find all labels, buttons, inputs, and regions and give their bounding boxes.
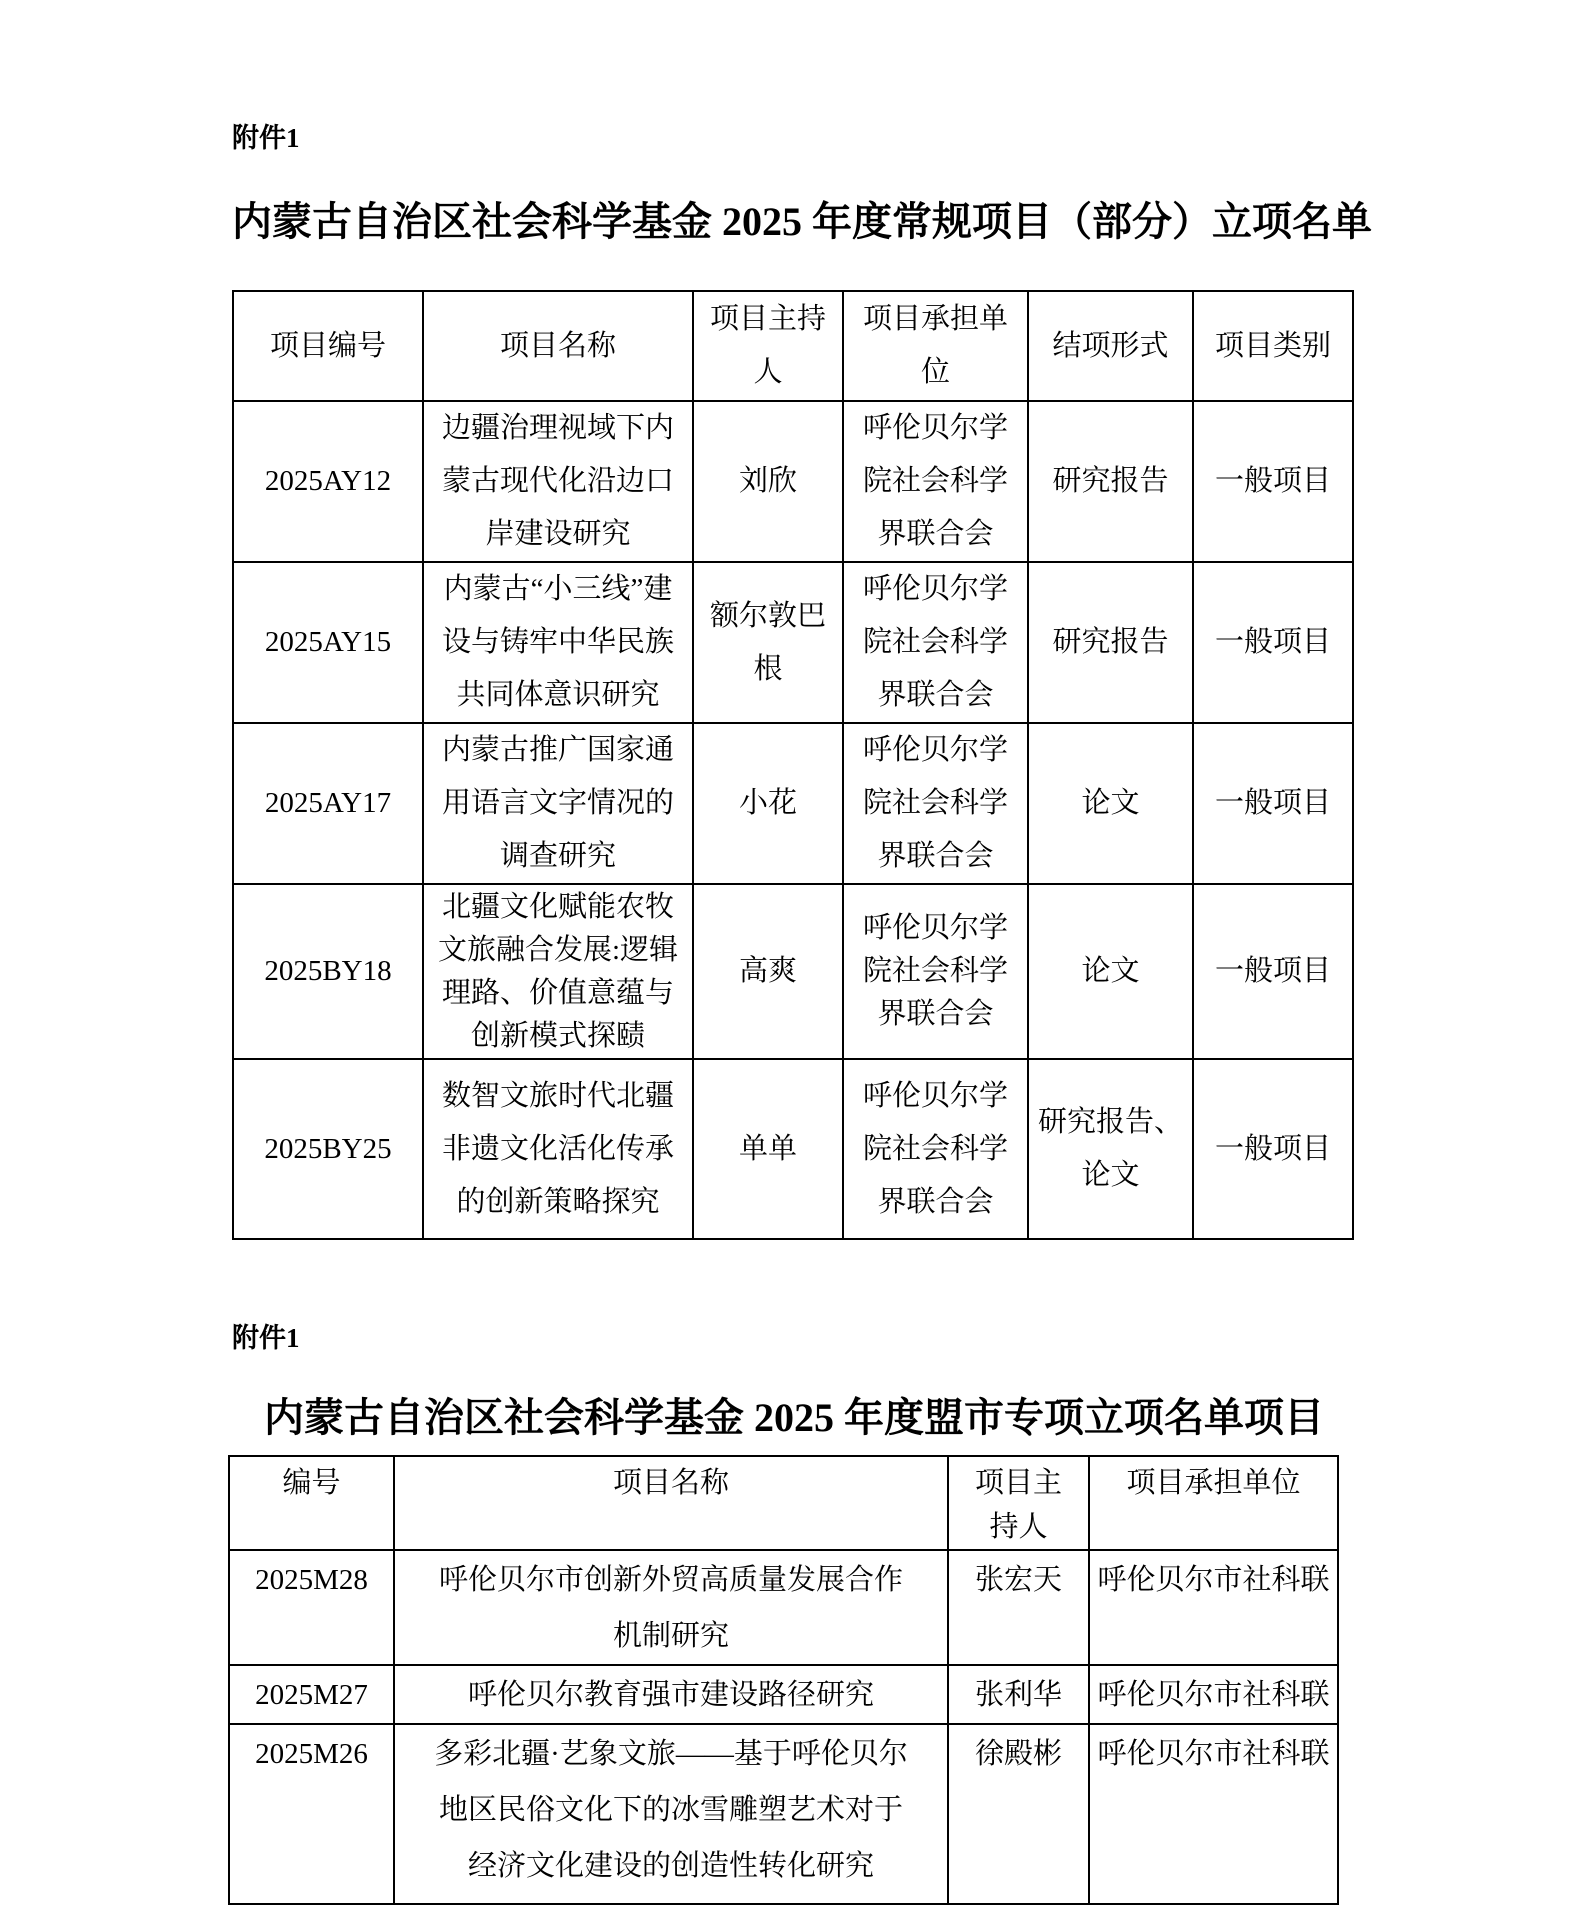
col-header-completion-form: 结项形式	[1028, 291, 1193, 401]
cell-completion-form: 研究报告、论文	[1028, 1059, 1193, 1239]
cell-number: 2025M27	[229, 1665, 394, 1724]
col-header-project-id: 项目编号	[233, 291, 423, 401]
cell-project-category: 一般项目	[1193, 723, 1353, 884]
cell-project-leader: 小花	[693, 723, 843, 884]
cell-institution: 呼伦贝尔市社科联	[1089, 1665, 1338, 1724]
cell-completion-form: 论文	[1028, 884, 1193, 1059]
cell-project-id: 2025BY18	[233, 884, 423, 1059]
table-row: 2025AY17 内蒙古推广国家通用语言文字情况的调查研究 小花 呼伦贝尔学院社…	[233, 723, 1353, 884]
cell-institution: 呼伦贝尔市社科联	[1089, 1724, 1338, 1904]
table-header-row: 编号 项目名称 项目主持人 项目承担单位	[229, 1456, 1338, 1550]
table-row: 2025M28 呼伦贝尔市创新外贸高质量发展合作机制研究 张宏天 呼伦贝尔市社科…	[229, 1550, 1338, 1665]
cell-project-leader: 额尔敦巴根	[693, 562, 843, 723]
col-header-number: 编号	[229, 1456, 394, 1550]
table-row: 2025BY25 数智文旅时代北疆非遗文化活化传承的创新策略探究 单单 呼伦贝尔…	[233, 1059, 1353, 1239]
cell-institution: 呼伦贝尔市社科联	[1089, 1550, 1338, 1665]
attachment-label-2: 附件1	[232, 1322, 300, 1354]
cell-project-category: 一般项目	[1193, 884, 1353, 1059]
cell-number: 2025M28	[229, 1550, 394, 1665]
attachment-label-1: 附件1	[232, 122, 300, 154]
cell-project-leader: 张宏天	[948, 1550, 1089, 1665]
table-row: 2025M27 呼伦贝尔教育强市建设路径研究 张利华 呼伦贝尔市社科联	[229, 1665, 1338, 1724]
col-header-institution: 项目承担单位	[1089, 1456, 1338, 1550]
cell-project-title: 内蒙古推广国家通用语言文字情况的调查研究	[423, 723, 693, 884]
cell-project-title: 内蒙古“小三线”建设与铸牢中华民族共同体意识研究	[423, 562, 693, 723]
table-row: 2025M26 多彩北疆·艺象文旅——基于呼伦贝尔地区民俗文化下的冰雪雕塑艺术对…	[229, 1724, 1338, 1904]
cell-project-title: 北疆文化赋能农牧文旅融合发展:逻辑理路、价值意蕴与创新模式探赜	[423, 884, 693, 1059]
cell-project-leader: 刘欣	[693, 401, 843, 562]
col-header-project-leader: 项目主持人	[693, 291, 843, 401]
col-header-institution: 项目承担单位	[843, 291, 1028, 401]
cell-institution: 呼伦贝尔学院社会科学界联合会	[843, 884, 1028, 1059]
cell-project-leader: 徐殿彬	[948, 1724, 1089, 1904]
cell-project-id: 2025AY17	[233, 723, 423, 884]
col-header-project-category: 项目类别	[1193, 291, 1353, 401]
col-header-project-leader: 项目主持人	[948, 1456, 1089, 1550]
col-header-project-title: 项目名称	[423, 291, 693, 401]
cell-institution: 呼伦贝尔学院社会科学界联合会	[843, 562, 1028, 723]
cell-institution: 呼伦贝尔学院社会科学界联合会	[843, 723, 1028, 884]
cell-project-category: 一般项目	[1193, 562, 1353, 723]
cell-project-category: 一般项目	[1193, 1059, 1353, 1239]
table-row: 2025BY18 北疆文化赋能农牧文旅融合发展:逻辑理路、价值意蕴与创新模式探赜…	[233, 884, 1353, 1059]
cell-completion-form: 研究报告	[1028, 562, 1193, 723]
cell-project-title: 呼伦贝尔教育强市建设路径研究	[394, 1665, 948, 1724]
col-header-project-title: 项目名称	[394, 1456, 948, 1550]
cell-project-title: 边疆治理视域下内蒙古现代化沿边口岸建设研究	[423, 401, 693, 562]
cell-project-title: 数智文旅时代北疆非遗文化活化传承的创新策略探究	[423, 1059, 693, 1239]
table-row: 2025AY15 内蒙古“小三线”建设与铸牢中华民族共同体意识研究 额尔敦巴根 …	[233, 562, 1353, 723]
cell-project-leader: 张利华	[948, 1665, 1089, 1724]
document-page: 附件1 内蒙古自治区社会科学基金 2025 年度常规项目（部分）立项名单 项目编…	[0, 0, 1587, 1926]
cell-project-id: 2025AY15	[233, 562, 423, 723]
cell-project-category: 一般项目	[1193, 401, 1353, 562]
regular-projects-table: 项目编号 项目名称 项目主持人 项目承担单位 结项形式 项目类别 2025AY1…	[232, 290, 1354, 1240]
cell-project-leader: 单单	[693, 1059, 843, 1239]
cell-project-id: 2025AY12	[233, 401, 423, 562]
cell-institution: 呼伦贝尔学院社会科学界联合会	[843, 401, 1028, 562]
section1-title: 内蒙古自治区社会科学基金 2025 年度常规项目（部分）立项名单	[232, 196, 1356, 248]
cell-completion-form: 研究报告	[1028, 401, 1193, 562]
cell-completion-form: 论文	[1028, 723, 1193, 884]
cell-project-title: 呼伦贝尔市创新外贸高质量发展合作机制研究	[394, 1550, 948, 1665]
cell-project-leader: 高爽	[693, 884, 843, 1059]
table-row: 2025AY12 边疆治理视域下内蒙古现代化沿边口岸建设研究 刘欣 呼伦贝尔学院…	[233, 401, 1353, 562]
league-city-projects-table: 编号 项目名称 项目主持人 项目承担单位 2025M28 呼伦贝尔市创新外贸高质…	[228, 1455, 1339, 1905]
cell-project-id: 2025BY25	[233, 1059, 423, 1239]
cell-project-title: 多彩北疆·艺象文旅——基于呼伦贝尔地区民俗文化下的冰雪雕塑艺术对于经济文化建设的…	[394, 1724, 948, 1904]
cell-institution: 呼伦贝尔学院社会科学界联合会	[843, 1059, 1028, 1239]
table-header-row: 项目编号 项目名称 项目主持人 项目承担单位 结项形式 项目类别	[233, 291, 1353, 401]
section2-title: 内蒙古自治区社会科学基金 2025 年度盟市专项立项名单项目	[232, 1392, 1356, 1444]
cell-number: 2025M26	[229, 1724, 394, 1904]
